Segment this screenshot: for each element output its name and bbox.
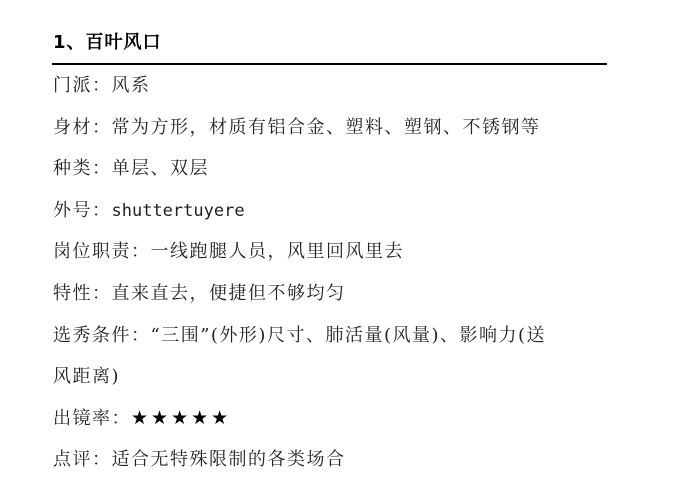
field-value: shuttertuyere	[112, 201, 245, 221]
field-traits: 特性：直来直去，便捷但不够均匀	[53, 273, 609, 315]
field-label: 外号：	[53, 200, 112, 221]
field-value-continuation: 风距离)	[53, 366, 120, 387]
field-list: 门派：风系 身材：常为方形，材质有铝合金、塑料、塑钢、不锈钢等 种类：单层、双层…	[53, 65, 609, 481]
field-body: 身材：常为方形，材质有铝合金、塑料、塑钢、不锈钢等	[53, 107, 609, 149]
field-value: “三围”(外形)尺寸、肺活量(风量)、影响力(送	[151, 325, 547, 346]
field-nickname: 外号：shuttertuyere	[53, 190, 609, 232]
field-appearance-rate: 出镜率：★★★★★	[53, 398, 609, 440]
field-label: 种类：	[53, 158, 112, 179]
field-value: 一线跑腿人员，风里回风里去	[151, 241, 405, 262]
field-label: 岗位职责：	[53, 241, 151, 262]
field-comment: 点评：适合无特殊限制的各类场合	[53, 439, 609, 481]
field-criteria-continuation: 风距离)	[53, 356, 609, 398]
field-value: 直来直去，便捷但不够均匀	[112, 283, 346, 304]
field-value: 适合无特殊限制的各类场合	[112, 449, 346, 470]
section-title: 1、百叶风口	[53, 31, 162, 55]
field-label: 出镜率：	[53, 408, 131, 429]
field-value: 风系	[112, 75, 151, 96]
field-label: 身材：	[53, 117, 112, 138]
field-value: 常为方形，材质有铝合金、塑料、塑钢、不锈钢等	[112, 117, 541, 138]
star-rating-icon: ★★★★★	[131, 407, 231, 429]
field-label: 门派：	[53, 75, 112, 96]
field-faction: 门派：风系	[53, 65, 609, 107]
field-types: 种类：单层、双层	[53, 148, 609, 190]
field-criteria: 选秀条件：“三围”(外形)尺寸、肺活量(风量)、影响力(送	[53, 315, 609, 357]
field-label: 点评：	[53, 449, 112, 470]
field-label: 特性：	[53, 283, 112, 304]
field-duties: 岗位职责：一线跑腿人员，风里回风里去	[53, 231, 609, 273]
field-label: 选秀条件：	[53, 325, 151, 346]
field-value: 单层、双层	[112, 158, 210, 179]
